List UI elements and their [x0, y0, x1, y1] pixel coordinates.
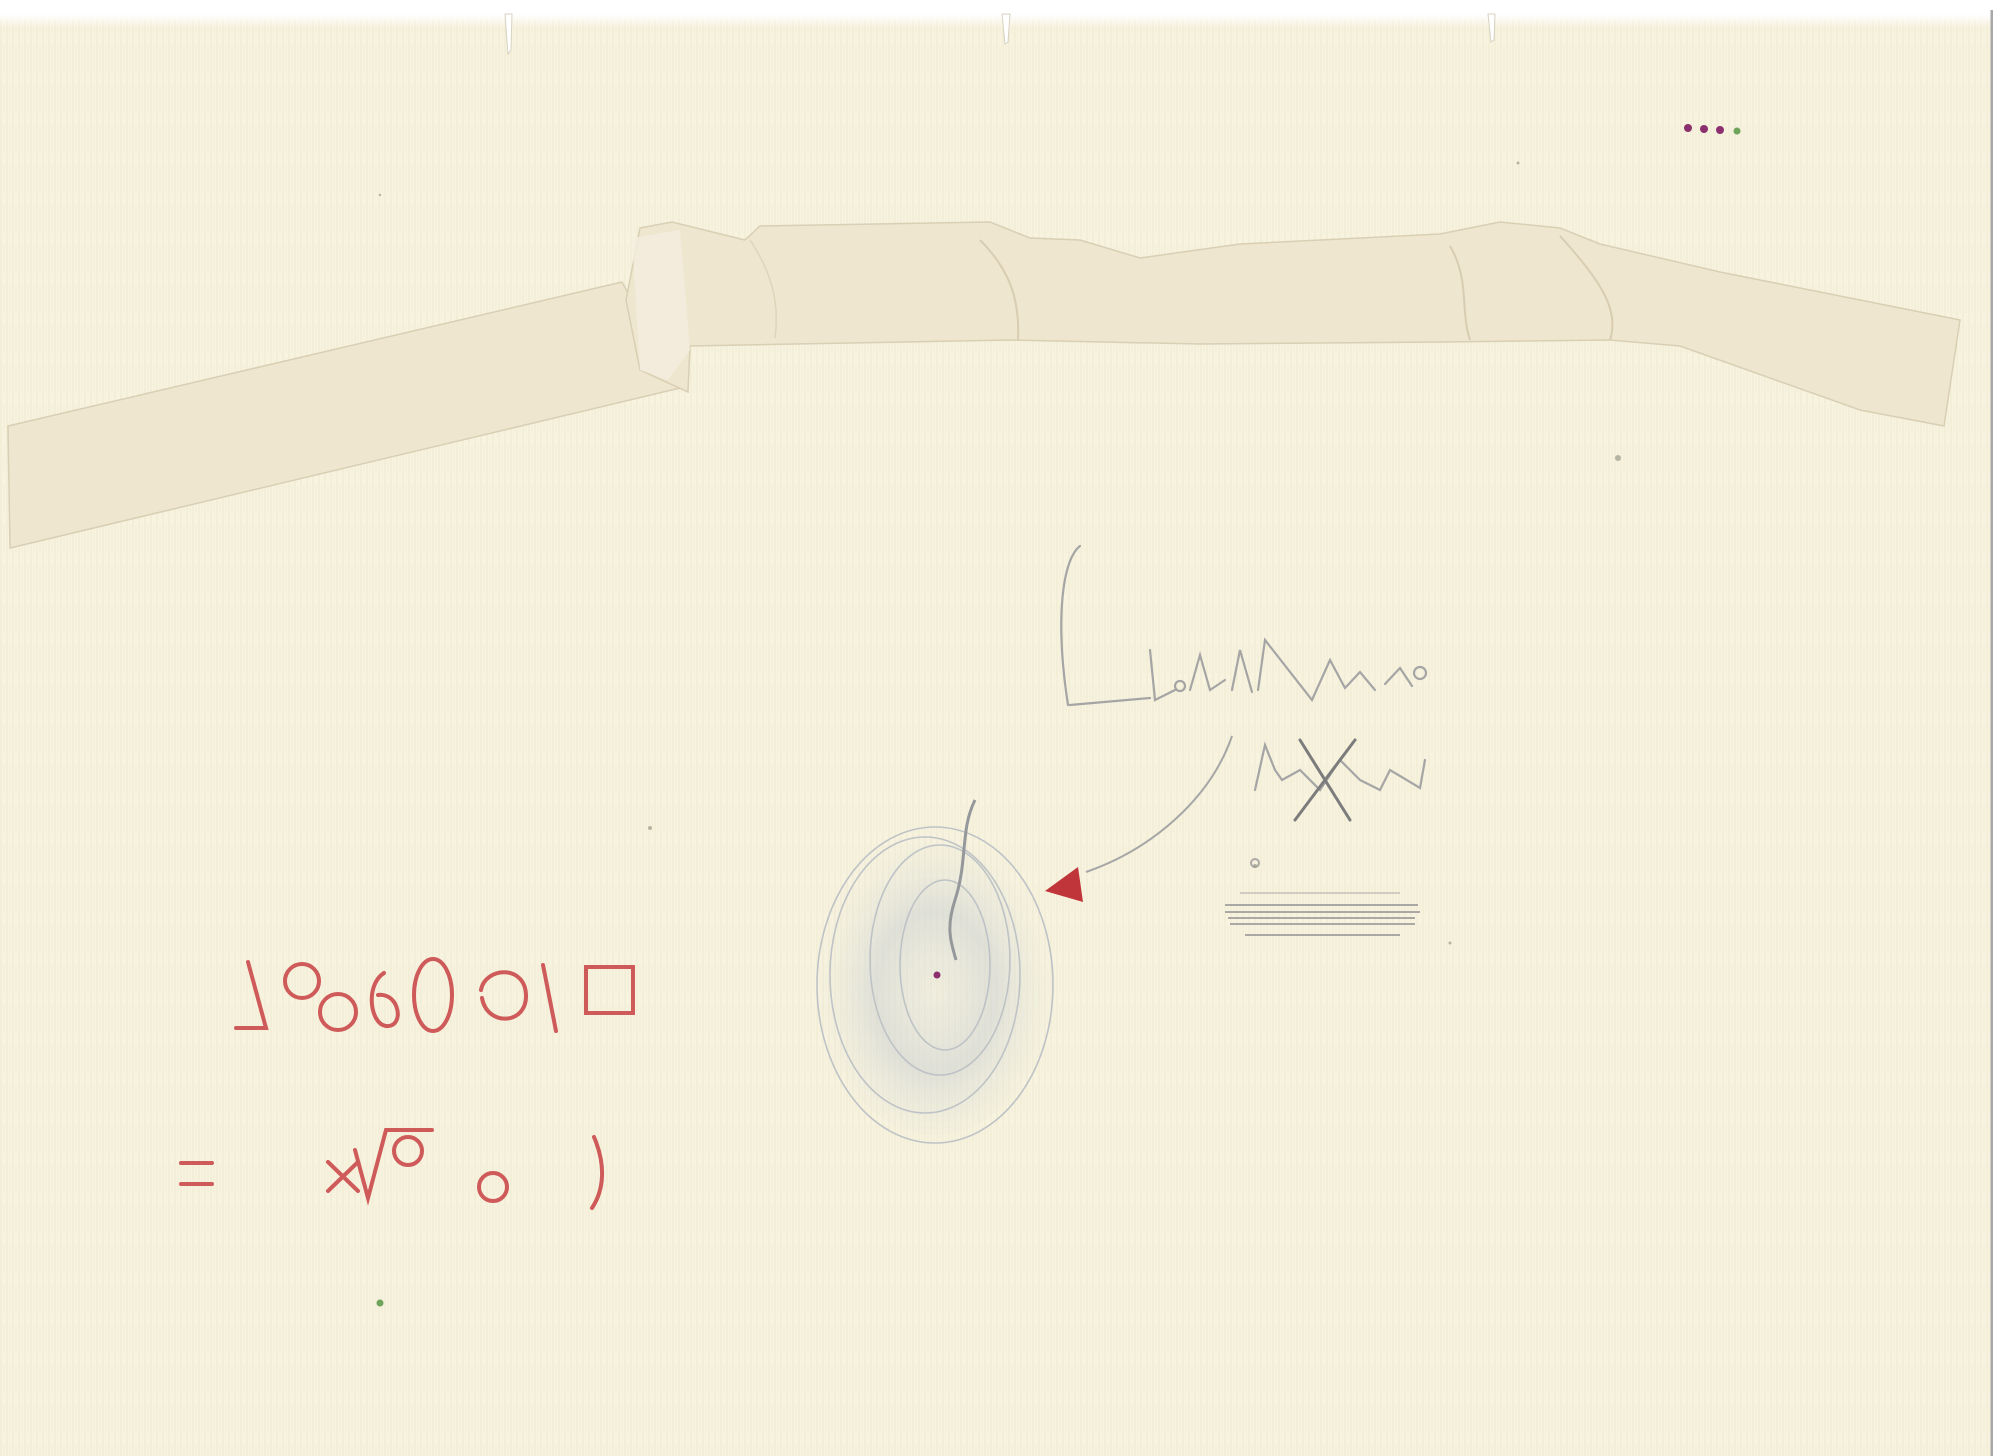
scanned-paper	[0, 0, 2000, 1456]
dot-bottom-left-green	[377, 1300, 384, 1307]
dot-center-purple	[934, 972, 941, 979]
